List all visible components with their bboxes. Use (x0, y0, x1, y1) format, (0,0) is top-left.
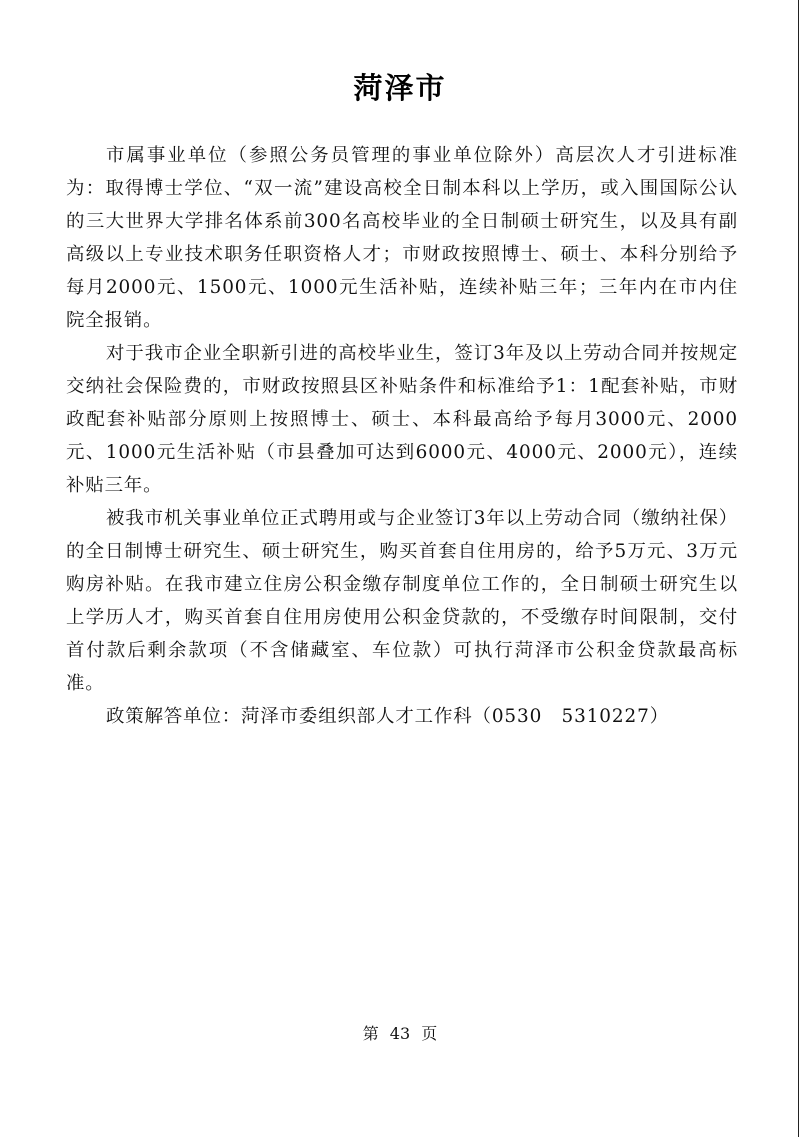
paragraph-talent-introduction-standard: 市属事业单位（参照公务员管理的事业单位除外）高层次人才引进标准为：取得博士学位、… (66, 139, 738, 337)
paragraph-policy-contact: 政策解答单位：菏泽市委组织部人才工作科（0530 5310227） (66, 700, 738, 733)
document-body: 市属事业单位（参照公务员管理的事业单位除外）高层次人才引进标准为：取得博士学位、… (66, 139, 738, 733)
paragraph-enterprise-graduate-subsidy: 对于我市企业全职新引进的高校毕业生，签订3年及以上劳动合同并按规定交纳社会保险费… (66, 337, 738, 502)
paragraph-housing-subsidy: 被我市机关事业单位正式聘用或与企业签订3年以上劳动合同（缴纳社保）的全日制博士研… (66, 502, 738, 700)
page-title: 菏泽市 (0, 68, 800, 108)
page-number: 第 43 页 (0, 1022, 800, 1046)
page-border-line (798, 0, 799, 1137)
